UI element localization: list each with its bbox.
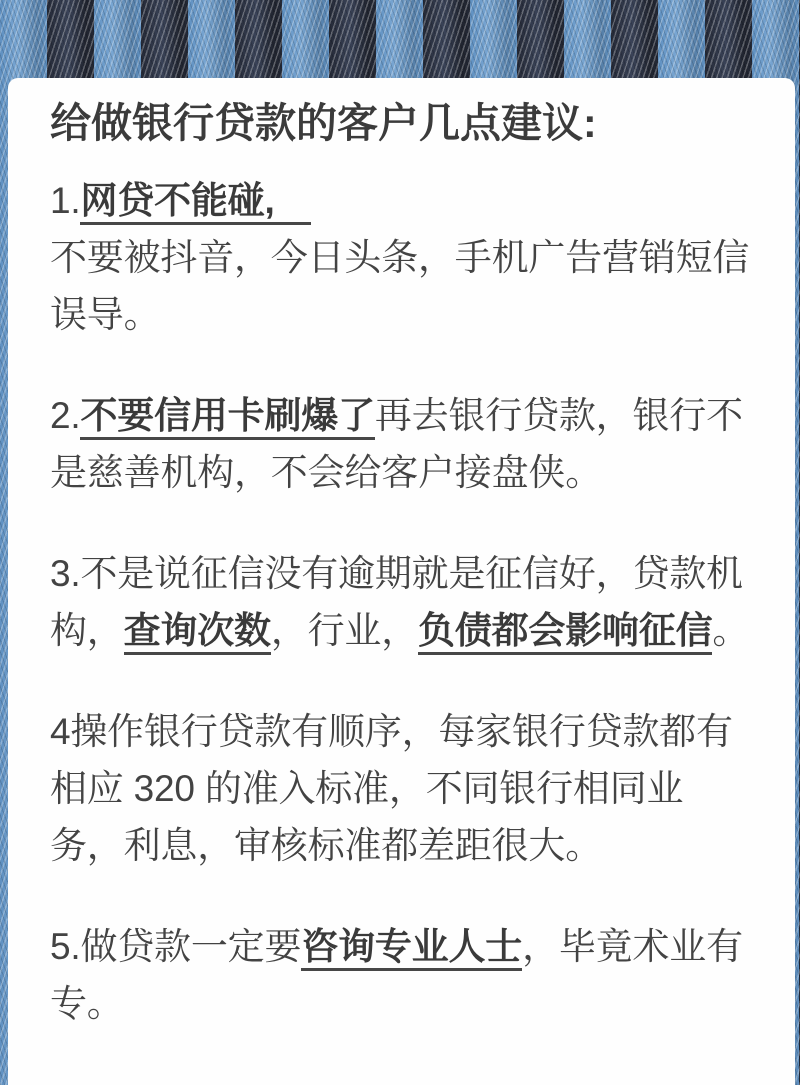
point-5-emphasis: 咨询专业人士	[301, 926, 522, 971]
point-3-emphasis-query-count: 查询次数	[124, 610, 271, 655]
point-3-text-end: 。	[712, 610, 749, 651]
point-5-text-lead: 5.做贷款一定要	[50, 926, 301, 967]
point-1: 1.网贷不能碰, 不要被抖音，今日头条，手机广告营销短信误导。	[50, 172, 750, 343]
point-1-emphasis: 网贷不能碰,	[80, 180, 311, 225]
point-3: 3.不是说征信没有逾期就是征信好，贷款机构，查询次数，行业，负债都会影响征信。	[50, 545, 750, 659]
point-1-number: 1.	[50, 180, 80, 221]
point-4-text: 4操作银行贷款有顺序，每家银行贷款都有相应 320 的准入标准，不同银行相同业务…	[50, 711, 733, 866]
point-2: 2.不要信用卡刷爆了再去银行贷款，银行不是慈善机构，不会给客户接盘侠。	[50, 387, 750, 501]
content-card: 给做银行贷款的客户几点建议: 1.网贷不能碰, 不要被抖音，今日头条，手机广告营…	[8, 78, 795, 1085]
point-3-emphasis-debt-credit: 负债都会影响征信	[418, 610, 712, 655]
point-4: 4操作银行贷款有顺序，每家银行贷款都有相应 320 的准入标准，不同银行相同业务…	[50, 703, 750, 874]
page-title: 给做银行贷款的客户几点建议:	[50, 98, 750, 148]
post-image: 给做银行贷款的客户几点建议: 1.网贷不能碰, 不要被抖音，今日头条，手机广告营…	[0, 0, 800, 1085]
point-1-text: 不要被抖音，今日头条，手机广告营销短信误导。	[50, 237, 749, 335]
point-3-text-mid: ，行业，	[271, 610, 418, 651]
point-2-emphasis: 不要信用卡刷爆了	[80, 395, 374, 440]
point-5: 5.做贷款一定要咨询专业人士，毕竟术业有专。	[50, 918, 750, 1032]
point-2-number: 2.	[50, 395, 80, 436]
